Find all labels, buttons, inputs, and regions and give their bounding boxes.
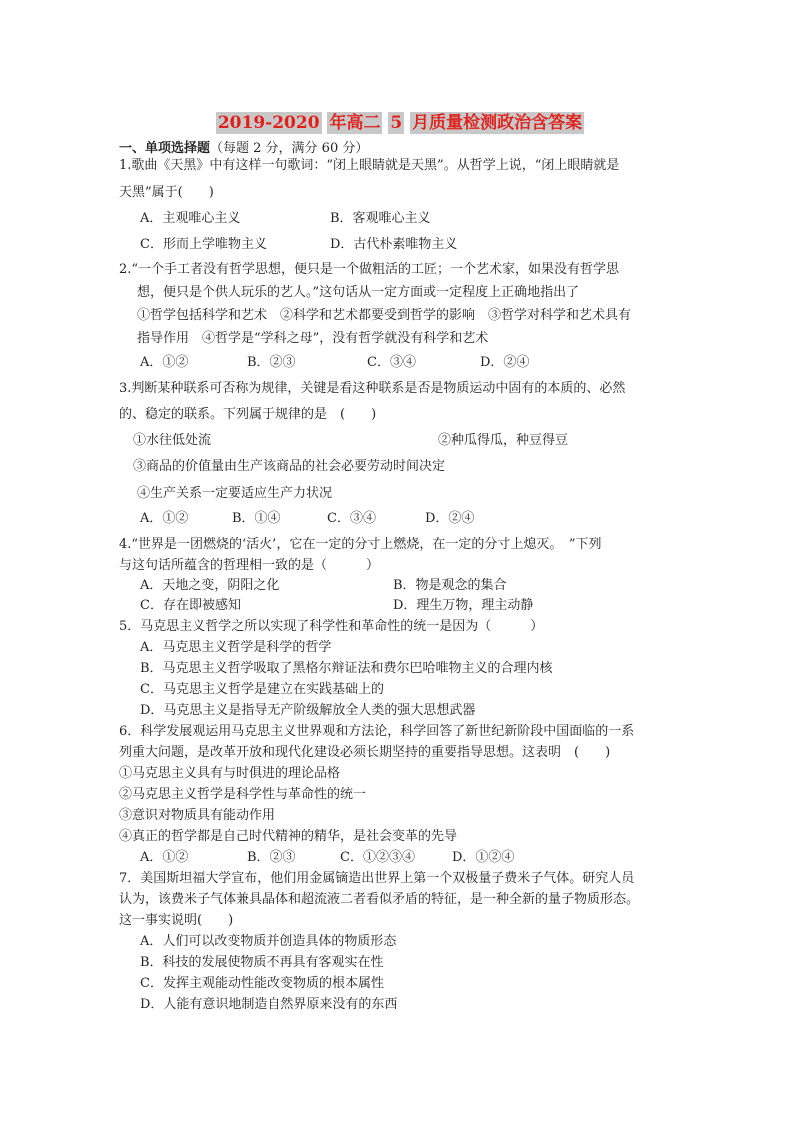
text-line: B．物是观念的集合 — [393, 578, 507, 594]
text-line: B．①④ — [232, 511, 281, 527]
text-line: B．马克思主义哲学吸取了黑格尔辩证法和费尔巴哈唯物主义的合理内核 — [140, 661, 553, 677]
text-line: D．人能有意识地制造自然界原来没有的东西 — [140, 997, 397, 1013]
text-line: 7．美国斯坦福大学宣布，他们用金属镝造出世界上第一个双极量子费米子气体。研究人员 — [119, 871, 634, 887]
text-line: A．①② — [140, 850, 188, 866]
title-part-grade: 年高二 — [327, 112, 382, 134]
text-line: 这一事实说明( ) — [119, 913, 233, 929]
text-line: 3.判断某种联系可否称为规律，关键是看这种联系是否是物质运动中固有的本质的、必然 — [119, 381, 625, 397]
document-title: 2019-2020 年高二 5 月质量检测政治含答案 — [0, 108, 800, 133]
text-line: A．天地之变，阴阳之化 — [140, 578, 279, 594]
text-line: D．马克思主义是指导无产阶级解放全人类的强大思想武器 — [140, 703, 475, 719]
section-heading: 一、单项选择题 — [119, 141, 210, 156]
text-line: 的、稳定的联系。下列属于规律的是 ( ) — [119, 407, 376, 423]
text-line: ④真正的哲学都是自己时代精神的精华，是社会变革的先导 — [119, 829, 457, 845]
text-line: ①马克思主义具有与时俱进的理论品格 — [119, 766, 340, 782]
text-line: 1.歌曲《天黑》中有这样一句歌词：“闭上眼睛就是天黑”。从哲学上说，“闭上眼睛就… — [119, 158, 619, 174]
text-line: 认为，该费米子气体兼具晶体和超流液二者看似矛盾的特征，是一种全新的量子物质形态。 — [119, 892, 639, 908]
text-line: D．①②④ — [452, 850, 514, 866]
text-line: C．形而上学唯物主义 — [140, 237, 267, 253]
text-line: A．马克思主义哲学是科学的哲学 — [140, 640, 331, 656]
text-line: C．①②③④ — [340, 850, 415, 866]
document-page: 2019-2020 年高二 5 月质量检测政治含答案 一、单项选择题（每题 2 … — [0, 0, 800, 1132]
text-line: A．主观唯心主义 — [140, 211, 240, 227]
text-line: C．存在即被感知 — [140, 598, 241, 614]
text-line: ③意识对物质具有能动作用 — [119, 808, 275, 824]
text-line: 天黑”属于( ) — [119, 185, 214, 201]
text-line: 指导作用 ④哲学是“学科之母”，没有哲学就没有科学和艺术 — [137, 331, 488, 347]
text-line: D．②④ — [425, 511, 474, 527]
title-part-month: 5 — [388, 112, 404, 134]
text-line: C．马克思主义哲学是建立在实践基础上的 — [140, 682, 384, 698]
text-line: ①水往低处流 — [133, 433, 211, 449]
text-line: B．②③ — [247, 850, 296, 866]
section-note: （每题 2 分，满分 60 分） — [210, 141, 368, 156]
text-line: D．古代朴素唯物主义 — [330, 237, 457, 253]
text-line: 列重大问题，是改革开放和现代化建设必须长期坚持的重要指导思想。这表明 ( ) — [119, 745, 610, 761]
text-line: ②种瓜得瓜，种豆得豆 — [438, 433, 568, 449]
text-line: B．②③ — [247, 355, 296, 371]
text-line: A．①② — [140, 355, 188, 371]
text-line: C．③④ — [327, 511, 376, 527]
text-line: B．客观唯心主义 — [330, 211, 431, 227]
title-part-year: 2019-2020 — [216, 112, 322, 134]
text-line: ③商品的价值量由生产该商品的社会必要劳动时间决定 — [133, 459, 445, 475]
text-line: ④生产关系一定要适应生产力状况 — [137, 486, 332, 502]
text-line: ①哲学包括科学和艺术 ②科学和艺术都要受到哲学的影响 ③哲学对科学和艺术具有 — [137, 308, 631, 324]
text-line: C．发挥主观能动性能改变物质的根本属性 — [140, 976, 384, 992]
text-line: 6．科学发展观运用马克思主义世界观和方法论，科学回答了新世纪新阶段中国面临的一系 — [119, 724, 634, 740]
text-line: 与这句话所蕴含的哲理相一致的是（ ） — [119, 558, 379, 574]
section-heading-line: 一、单项选择题（每题 2 分，满分 60 分） — [119, 141, 368, 157]
title-part-subject: 月质量检测政治含答案 — [410, 112, 584, 134]
text-line: B．科技的发展使物质不再具有客观实在性 — [140, 955, 384, 971]
text-line: 2.“一个手工者没有哲学思想，便只是一个做粗活的工匠；一个艺术家，如果没有哲学思 — [119, 262, 619, 278]
text-line: 想，便只是个供人玩乐的艺人。”这句话从一定方面或一定程度上正确地指出了 — [137, 285, 579, 301]
text-line: A．①② — [140, 511, 188, 527]
text-line: D．②④ — [480, 355, 529, 371]
text-line: A．人们可以改变物质并创造具体的物质形态 — [140, 934, 396, 950]
text-line: 5．马克思主义哲学之所以实现了科学性和革命性的统一是因为（ ） — [119, 619, 543, 635]
text-line: C．③④ — [367, 355, 416, 371]
text-line: 4.“世界是一团燃烧的‘活火’，它在一定的分寸上燃烧，在一定的分寸上熄灭。 ”下… — [119, 537, 601, 553]
text-line: D．理生万物，理主动静 — [393, 598, 533, 614]
text-line: ②马克思主义哲学是科学性与革命性的统一 — [119, 787, 366, 803]
